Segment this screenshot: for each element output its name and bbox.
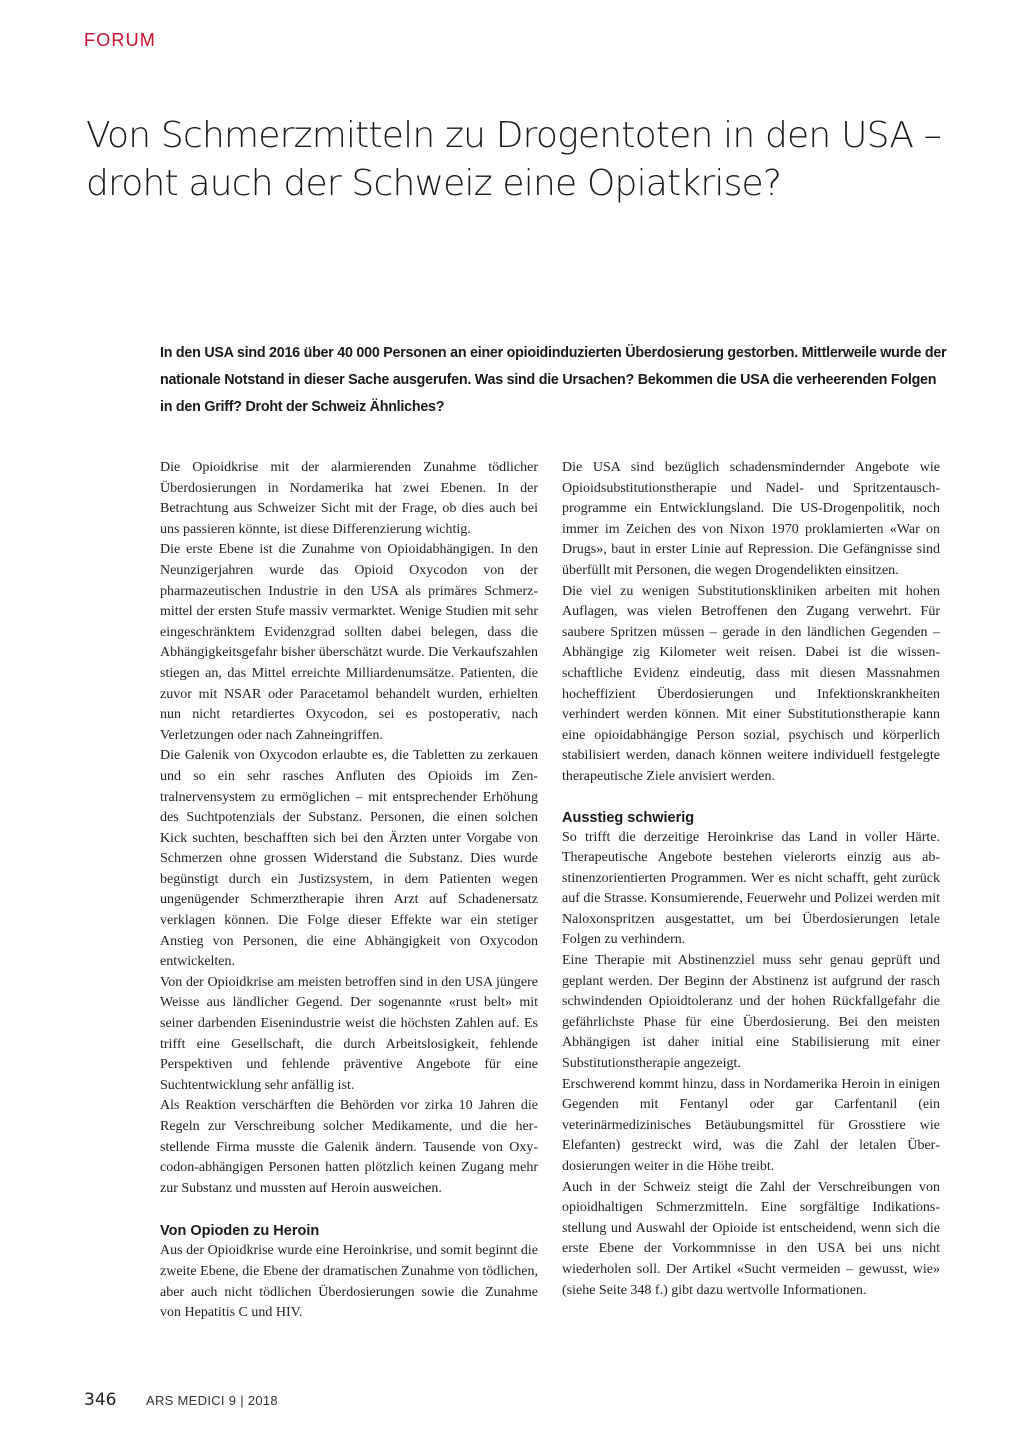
paragraph: Die USA sind bezüglich schadensmindernde… <box>562 458 940 582</box>
paragraph: Von der Opioidkrise am meisten betroffen… <box>160 973 538 1097</box>
paragraph: Erschwerend kommt hinzu, dass in Nordame… <box>562 1075 940 1178</box>
right-column: Die USA sind bezüglich schadensmindernde… <box>562 458 940 1301</box>
subheading: Von Opioden zu Heroin <box>160 1221 538 1241</box>
paragraph: Eine Therapie mit Abstinenzziel muss seh… <box>562 951 940 1075</box>
paragraph: Als Reaktion verschärften die Behörden v… <box>160 1096 538 1199</box>
article-lead: In den USA sind 2016 über 40 000 Persone… <box>160 340 950 421</box>
page-footer: 346 ARS MEDICI 9 | 2018 <box>84 1390 278 1410</box>
page-number: 346 <box>84 1390 146 1410</box>
section-label: FORUM <box>84 30 156 51</box>
paragraph: Aus der Opioidkrise wurde eine Heroinkri… <box>160 1241 538 1323</box>
paragraph: So trifft die derzeitige Heroinkrise das… <box>562 828 940 952</box>
paragraph: Die Galenik von Oxycodon erlaubte es, di… <box>160 746 538 973</box>
paragraph: Auch in der Schweiz steigt die Zahl der … <box>562 1178 940 1302</box>
subheading: Ausstieg schwierig <box>562 808 940 828</box>
paragraph: Die viel zu wenigen Substitutionsklinike… <box>562 582 940 788</box>
article-title: Von Schmerzmitteln zu Drogentoten in den… <box>86 112 946 208</box>
left-column: Die Opioidkrise mit der alarmierenden Zu… <box>160 458 538 1324</box>
paragraph: Die erste Ebene ist die Zunahme von Opio… <box>160 540 538 746</box>
journal-issue: ARS MEDICI 9 | 2018 <box>146 1393 278 1408</box>
paragraph: Die Opioidkrise mit der alarmierenden Zu… <box>160 458 538 540</box>
